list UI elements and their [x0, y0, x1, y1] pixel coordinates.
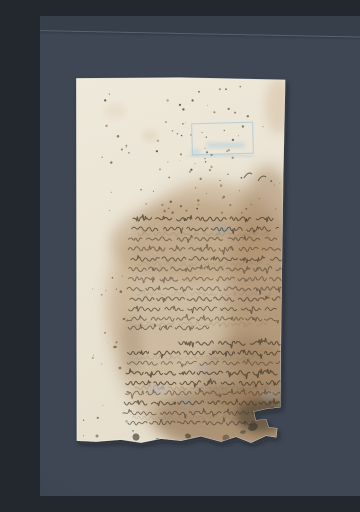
stamp-text	[207, 143, 245, 148]
manuscript-photo	[40, 16, 360, 496]
photo-scene	[40, 16, 360, 496]
